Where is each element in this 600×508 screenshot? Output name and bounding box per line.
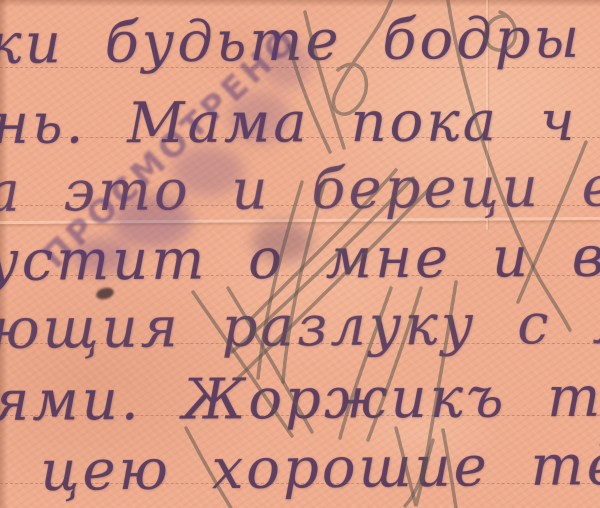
handwriting-line: ями. Жоржикъ толь (0, 364, 600, 434)
handwriting-line: ющия разлуку с ми (0, 291, 600, 362)
stamp-smudge (252, 222, 312, 262)
letter-scan: ки будьте бодры и нь. Мама пока ч а это … (0, 0, 600, 508)
handwriting-line: цею хорошие тёплы (40, 432, 600, 504)
